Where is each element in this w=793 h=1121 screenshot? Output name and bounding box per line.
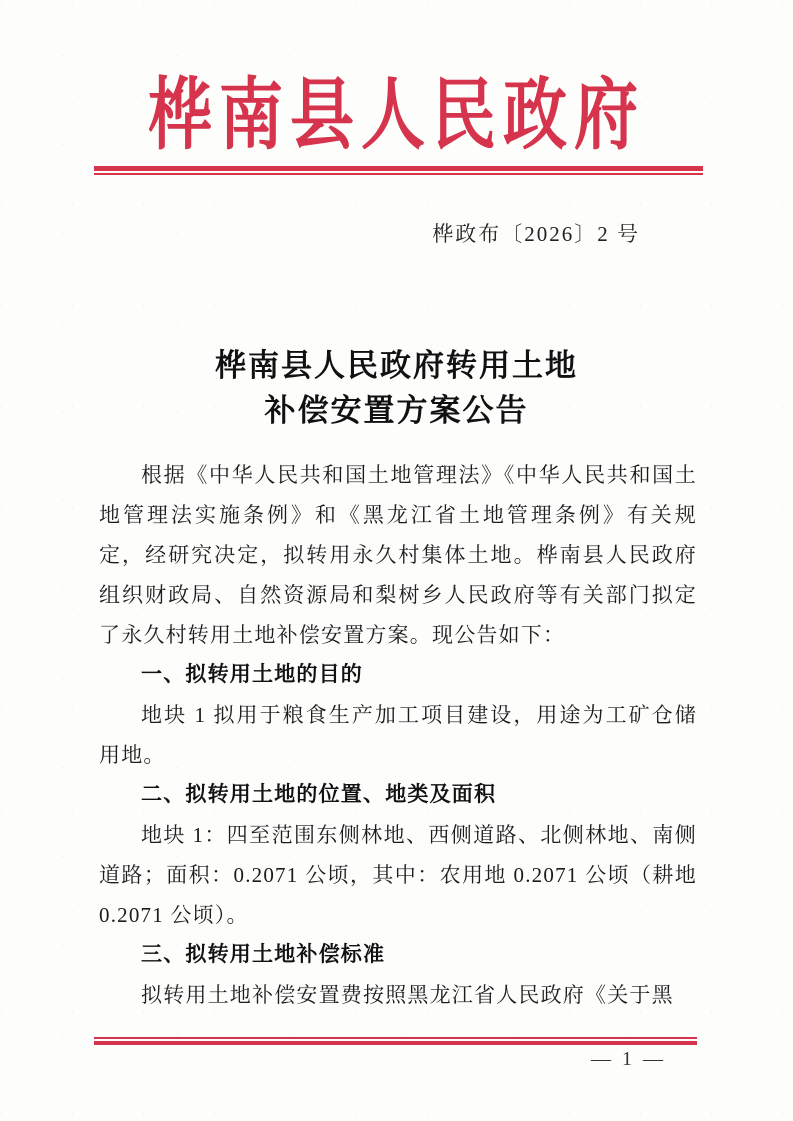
masthead-divider-thin-line <box>94 173 703 175</box>
section3-paragraph: 拟转用土地补偿安置费按照黑龙江省人民政府《关于黑 <box>99 975 697 1015</box>
section3-heading: 三、拟转用土地补偿标准 <box>99 935 697 975</box>
footer-divider-thick-line <box>94 1041 697 1045</box>
intro-paragraph: 根据《中华人民共和国土地管理法》《中华人民共和国土地管理法实施条例》和《黑龙江省… <box>99 455 697 655</box>
document-title: 桦南县人民政府转用土地 补偿安置方案公告 <box>0 343 793 433</box>
document-page: 桦南县人民政府 桦政布〔2026〕2 号 桦南县人民政府转用土地 补偿安置方案公… <box>0 0 793 1121</box>
government-masthead: 桦南县人民政府 <box>0 66 793 166</box>
section2-paragraph: 地块 1：四至范围东侧林地、西侧道路、北侧林地、南侧道路；面积：0.2071 公… <box>99 815 697 935</box>
section1-heading: 一、拟转用土地的目的 <box>99 655 697 695</box>
document-title-line2: 补偿安置方案公告 <box>0 388 793 433</box>
footer-divider <box>94 1037 697 1045</box>
section1-paragraph: 地块 1 拟用于粮食生产加工项目建设，用途为工矿仓储用地。 <box>99 695 697 775</box>
masthead-divider <box>94 166 703 175</box>
document-title-line1: 桦南县人民政府转用土地 <box>0 343 793 388</box>
page-number: — 1 — <box>591 1048 666 1071</box>
document-body: 根据《中华人民共和国土地管理法》《中华人民共和国土地管理法实施条例》和《黑龙江省… <box>99 455 697 1015</box>
document-number: 桦政布〔2026〕2 号 <box>432 218 640 248</box>
section2-heading: 二、拟转用土地的位置、地类及面积 <box>99 775 697 815</box>
